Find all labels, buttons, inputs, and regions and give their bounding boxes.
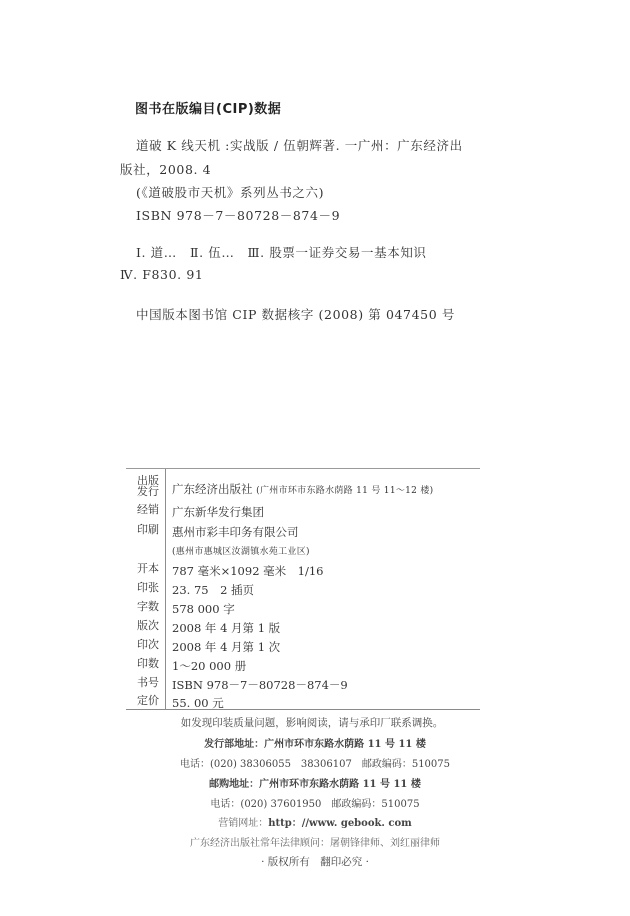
colophon-table: 出版 发行 广东经济出版社 (广州市环市东路水荫路 11 号 11～12 楼) … bbox=[126, 468, 480, 710]
row-label: 印数 bbox=[134, 658, 162, 669]
website-url: http：//www. gebook. com bbox=[268, 818, 412, 829]
row-value: 55. 00 元 bbox=[172, 695, 224, 711]
row-value: 578 000 字 bbox=[172, 601, 235, 617]
distribution-address: 发行部地址：广州市环市东路水荫路 11 号 11 楼 bbox=[0, 735, 630, 750]
cip-heading: 图书在版编目(CIP)数据 bbox=[135, 98, 281, 117]
row-label: 字数 bbox=[134, 601, 162, 612]
publisher-name: 广东经济出版社 bbox=[172, 482, 253, 496]
cip-line-publisher: 版社，2008. 4 bbox=[120, 160, 211, 178]
quality-notice: 如发现印装质量问题，影响阅读，请与承印厂联系调换。 bbox=[0, 715, 627, 730]
cip-line-clc: Ⅳ. F830. 91 bbox=[120, 267, 203, 282]
label-line-2: 发行 bbox=[134, 486, 162, 497]
row-label: 定价 bbox=[134, 695, 162, 706]
row-label: 版次 bbox=[134, 620, 162, 631]
row-label: 开本 bbox=[134, 563, 162, 574]
row-label: 印次 bbox=[134, 639, 162, 650]
row-label: 书号 bbox=[134, 677, 162, 688]
printer-address: (惠州市惠城区汝湖镇水苑工业区) bbox=[172, 544, 310, 557]
row-value: 23. 75 2 插页 bbox=[172, 582, 254, 598]
mail-order-address: 邮购地址：广州市环市东路水荫路 11 号 11 楼 bbox=[0, 775, 630, 790]
table-divider bbox=[165, 469, 166, 710]
website-line: 营销网址：http：//www. gebook. com bbox=[0, 814, 630, 829]
row-label: 印刷 bbox=[134, 524, 162, 535]
legal-counsel: 广东经济出版社常年法律顾问：屠朝锋律师、刘红丽律师 bbox=[0, 834, 630, 849]
cip-line-series: (《道破股市天机》系列丛书之六) bbox=[136, 183, 324, 201]
website-label: 营销网址： bbox=[218, 818, 268, 829]
cip-line-title: 道破 K 线天机 :实战版 / 伍朝辉著. 一广州：广东经济出 bbox=[136, 136, 463, 154]
cip-line-isbn: ISBN 978－7－80728－874－9 bbox=[136, 206, 340, 224]
row-value: 惠州市彩丰印务有限公司 bbox=[172, 524, 299, 540]
cip-line-classification: Ⅰ. 道… Ⅱ. 伍… Ⅲ. 股票一证券交易一基本知识 bbox=[136, 243, 427, 261]
row-value: 广东新华发行集团 bbox=[172, 504, 264, 520]
cip-line-record-number: 中国版本图书馆 CIP 数据核字 (2008) 第 047450 号 bbox=[136, 305, 455, 323]
row-value: 广东经济出版社 (广州市环市东路水荫路 11 号 11～12 楼) bbox=[172, 481, 433, 497]
publisher-address: (广州市环市东路水荫路 11 号 11～12 楼) bbox=[256, 486, 433, 496]
row-label: 经销 bbox=[134, 504, 162, 515]
mail-order-phone: 电话：(020) 37601950 邮政编码：510075 bbox=[0, 795, 630, 810]
copyright-notice: · 版权所有 翻印必究 · bbox=[0, 854, 630, 869]
row-label: 出版 发行 bbox=[134, 475, 162, 497]
row-value: 2008 年 4 月第 1 版 bbox=[172, 620, 280, 636]
row-value: 2008 年 4 月第 1 次 bbox=[172, 639, 280, 655]
row-value: 787 毫米×1092 毫米 1/16 bbox=[172, 563, 324, 579]
distribution-phone: 电话：(020) 38306055 38306107 邮政编码：510075 bbox=[0, 755, 630, 770]
row-value: ISBN 978－7－80728－874－9 bbox=[172, 677, 348, 693]
row-label: 印张 bbox=[134, 582, 162, 593]
row-value: 1～20 000 册 bbox=[172, 658, 246, 674]
